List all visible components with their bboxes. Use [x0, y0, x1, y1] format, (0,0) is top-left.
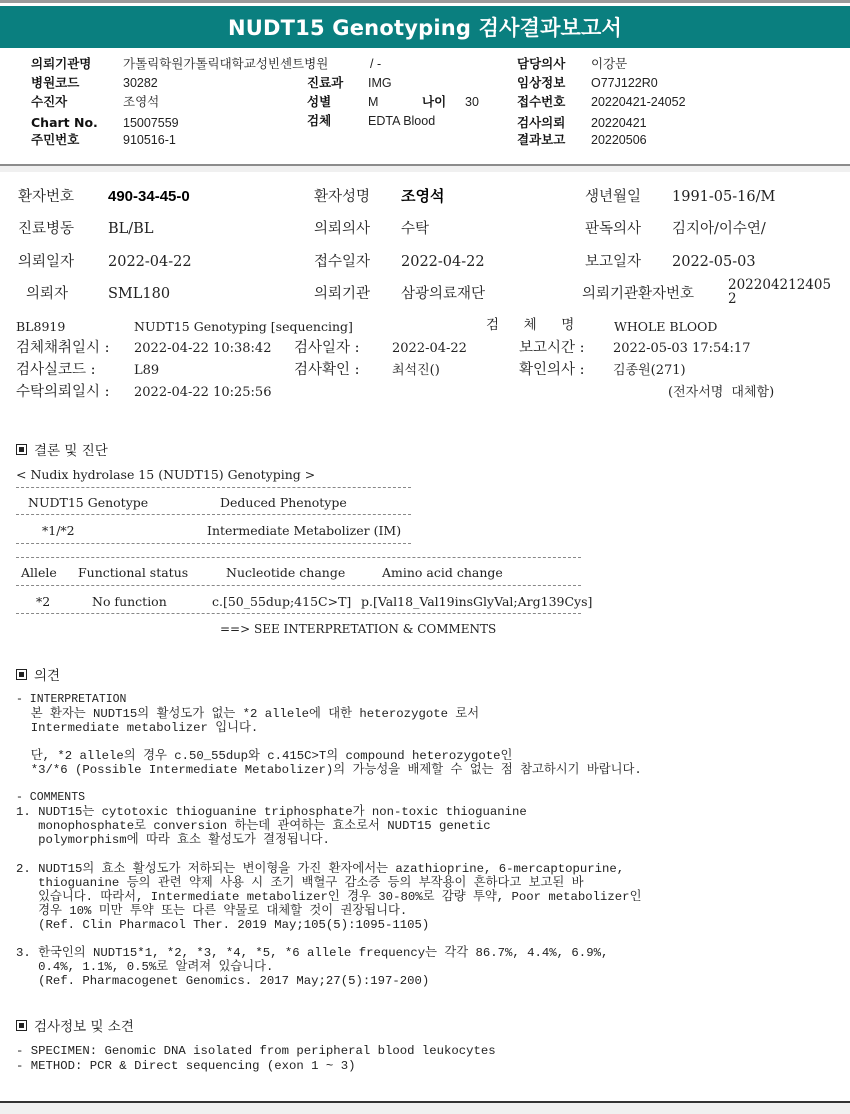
- institution-value: 가톨릭학원가톨릭대학교성빈센트병원: [123, 57, 328, 71]
- dept-label: 진료과: [307, 76, 343, 90]
- comment-2-line-5: (Ref. Clin Pharmacol Ther. 2019 May;105(…: [16, 918, 429, 932]
- amino-acid-change-header: Amino acid change: [382, 566, 503, 580]
- test-name: NUDT15 Genotyping [sequencing]: [134, 319, 353, 334]
- ref-pid-label: 의뢰기관환자번호: [582, 285, 694, 303]
- bottom-band: [0, 1103, 850, 1114]
- conclusion-heading: 결론 및 진단: [16, 439, 108, 459]
- ref-doc-label: 의뢰의사: [314, 220, 370, 238]
- allele-value: *2: [36, 595, 50, 609]
- age-value: 30: [465, 95, 479, 109]
- report-title: NUDT15 Genotyping 검사결과보고서: [0, 6, 850, 50]
- req-date-label: 의뢰일자: [18, 253, 74, 271]
- lab-code-value: L89: [134, 363, 159, 378]
- specimen-label: 검체: [307, 114, 331, 128]
- sex-value: M: [368, 95, 378, 109]
- request-label: 검사의뢰: [517, 116, 565, 130]
- id-value: 910516-1: [123, 133, 176, 147]
- pid-label: 환자번호: [18, 188, 74, 206]
- dept-value: IMG: [368, 76, 392, 90]
- comments-title: - COMMENTS: [16, 791, 85, 805]
- report-value: 20220506: [591, 133, 647, 147]
- conclusion-heading-text: 결론 및 진단: [34, 443, 108, 459]
- header-band: [0, 166, 850, 172]
- req-date-value: 2022-04-22: [108, 253, 192, 271]
- interpretation-line-1: 본 환자는 NUDT15의 활성도가 없는 *2 allele에 대한 hete…: [16, 707, 479, 721]
- specimen-line: - SPECIMEN: Genomic DNA isolated from pe…: [16, 1044, 496, 1058]
- request-value: 20220421: [591, 116, 647, 130]
- test-date-label: 검사일자 :: [294, 340, 360, 357]
- interpretation-line-5: *3/*6 (Possible Intermediate Metabolizer…: [16, 763, 642, 777]
- ref-inst-label: 의뢰기관: [314, 285, 370, 303]
- name-value: 조영석: [401, 188, 444, 206]
- table-rule: [16, 585, 581, 586]
- specimen-value: EDTA Blood: [368, 114, 435, 128]
- conclusion-subtitle: < Nudix hydrolase 15 (NUDT15) Genotyping…: [16, 468, 315, 482]
- age-label: 나이: [422, 95, 446, 109]
- opinion-heading-text: 의견: [34, 668, 60, 684]
- confirm-doc-value: 김종원(271): [613, 363, 686, 378]
- table-rule: [16, 557, 581, 558]
- specimen-name-value: WHOLE BLOOD: [614, 319, 717, 334]
- interpretation-line-4: 단, *2 allele의 경우 c.50_55dup와 c.415C>T의 c…: [16, 749, 512, 763]
- rep-date-value: 2022-05-03: [672, 253, 756, 271]
- test-code: BL8919: [16, 319, 65, 334]
- table-rule: [16, 543, 411, 544]
- ref-pid-value-line2: 2: [728, 292, 737, 306]
- opinion-heading: 의견: [16, 664, 60, 684]
- name-label: 환자성명: [314, 188, 370, 206]
- rec-date-value: 2022-04-22: [401, 253, 485, 271]
- comment-1-line-3: polymorphism에 따라 효소 활성도가 결정됩니다.: [16, 833, 330, 847]
- nucleotide-change-header: Nucleotide change: [226, 566, 345, 580]
- clinical-value: O77J122R0: [591, 76, 658, 90]
- top-border: [0, 0, 850, 3]
- comment-1-line-2: monophosphate로 conversion 하는데 관여하는 효소로서 …: [16, 819, 491, 833]
- comment-2-line-3: 있습니다. 따라서, Intermediate metabolizer인 경우 …: [16, 890, 641, 904]
- table-rule: [16, 514, 411, 515]
- amino-acid-change-value: p.[Val18_Val19insGlyVal;Arg139Cys]: [361, 595, 592, 609]
- receipt-no-value: 20220421-24052: [591, 95, 686, 109]
- receipt-no-label: 접수번호: [517, 95, 565, 109]
- dob-label: 생년월일: [585, 188, 641, 206]
- ward-value-2: BL/BL: [108, 220, 153, 238]
- hospital-code-value: 30282: [123, 76, 158, 90]
- lab-code-label: 검사실코드 :: [16, 362, 96, 379]
- report-time-label: 보고시간 :: [519, 340, 585, 357]
- specimen-name-label: 검 체 명: [486, 318, 574, 333]
- collect-label: 검체채취일시 :: [16, 340, 110, 357]
- outsource-value: 2022-04-22 10:25:56: [134, 385, 271, 400]
- method-line: - METHOD: PCR & Direct sequencing (exon …: [16, 1059, 355, 1073]
- square-bullet-icon: [16, 669, 27, 680]
- phenotype-value: Intermediate Metabolizer (IM): [207, 524, 401, 538]
- requester-label: 의뢰자: [26, 285, 68, 303]
- see-note: ==> SEE INTERPRETATION & COMMENTS: [220, 622, 496, 636]
- square-bullet-icon: [16, 444, 27, 455]
- pid-value: 490-34-45-0: [108, 188, 190, 206]
- report-time-value: 2022-05-03 17:54:17: [613, 341, 750, 356]
- chart-no-label: Chart No.: [31, 116, 98, 130]
- interpretation-line-2: Intermediate metabolizer 입니다.: [16, 721, 258, 735]
- test-date-value: 2022-04-22: [392, 341, 467, 356]
- reading-doc-label: 판독의사: [585, 220, 641, 238]
- reading-doc-value: 김지아/이수연/: [672, 220, 766, 238]
- comment-3-line-2: 0.4%, 1.1%, 0.5%로 알려져 있습니다.: [16, 960, 273, 974]
- test-details-heading: 검사정보 및 소견: [16, 1015, 134, 1035]
- test-confirm-label: 검사확인 :: [294, 362, 360, 379]
- confirm-doc-label: 확인의사 :: [519, 362, 585, 379]
- ref-pid-value-line1: 202204212405: [728, 278, 831, 292]
- report-title-bar: NUDT15 Genotyping 검사결과보고서: [0, 6, 850, 48]
- ward-value: / -: [370, 57, 381, 71]
- genotype-value: *1/*2: [42, 524, 75, 538]
- doctor-label: 담당의사: [517, 57, 565, 71]
- outsource-label: 수탁의뢰일시 :: [16, 384, 110, 401]
- report-label: 결과보고: [517, 133, 565, 147]
- collect-value: 2022-04-22 10:38:42: [134, 341, 271, 356]
- rec-date-label: 접수일자: [314, 253, 370, 271]
- hospital-code-label: 병원코드: [31, 76, 79, 90]
- phenotype-header: Deduced Phenotype: [220, 496, 347, 510]
- functional-status-value: No function: [92, 595, 167, 609]
- comment-2-line-2: thioguanine 등의 관련 약제 사용 시 조기 백혈구 감소증 등의 …: [16, 876, 584, 890]
- institution-label: 의뢰기관명: [31, 57, 91, 71]
- ref-inst-value: 삼광의료재단: [401, 285, 485, 303]
- allele-header: Allele: [21, 566, 57, 580]
- patient-label: 수진자: [31, 95, 67, 109]
- ward-label-2: 진료병동: [18, 220, 74, 238]
- test-details-heading-text: 검사정보 및 소견: [34, 1019, 134, 1035]
- genotype-header: NUDT15 Genotype: [28, 496, 148, 510]
- comment-1-line-1: 1. NUDT15는 cytotoxic thioguanine triphos…: [16, 805, 527, 819]
- clinical-label: 임상정보: [517, 76, 565, 90]
- test-confirm-value: 최석진(): [392, 363, 440, 378]
- patient-value: 조영석: [123, 95, 159, 109]
- nucleotide-change-value: c.[50_55dup;415C>T]: [212, 595, 351, 609]
- requester-value: SML180: [108, 285, 170, 303]
- doctor-value: 이강문: [591, 57, 627, 71]
- sex-label: 성별: [307, 95, 331, 109]
- interpretation-title: - INTERPRETATION: [16, 693, 126, 707]
- esign-note: (전자서명 대체함): [668, 385, 774, 400]
- chart-no-value: 15007559: [123, 116, 179, 130]
- id-label: 주민번호: [31, 133, 79, 147]
- functional-status-header: Functional status: [78, 566, 188, 580]
- dob-value: 1991-05-16/M: [672, 188, 775, 206]
- ref-doc-value: 수탁: [401, 220, 429, 238]
- comment-3-line-1: 3. 한국인의 NUDT15*1, *2, *3, *4, *5, *6 all…: [16, 946, 608, 960]
- square-bullet-icon: [16, 1020, 27, 1031]
- rep-date-label: 보고일자: [585, 253, 641, 271]
- table-rule: [16, 487, 411, 488]
- table-rule: [16, 613, 581, 614]
- comment-3-line-3: (Ref. Pharmacogenet Genomics. 2017 May;2…: [16, 974, 429, 988]
- comment-2-line-1: 2. NUDT15의 효소 활성도가 저하되는 변이형을 가진 환자에서는 az…: [16, 862, 624, 876]
- comment-2-line-4: 경우 10% 미만 투약 또는 다른 약물로 대체할 것이 권장됩니다.: [16, 904, 407, 918]
